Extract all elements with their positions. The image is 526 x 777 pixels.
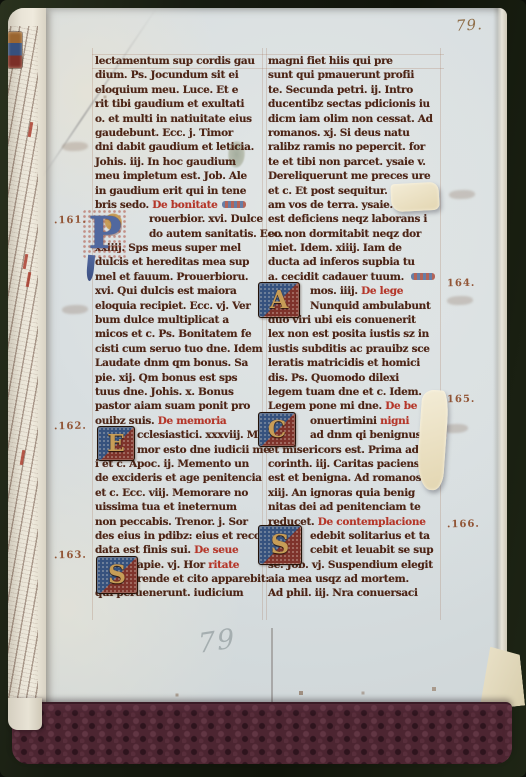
body-text: cclesiastici. xxxviij. Me bbox=[137, 429, 264, 441]
body-text: data est finis sui. bbox=[95, 544, 194, 556]
text-line: micos et c. Ps. Bonitatem fe bbox=[95, 327, 267, 341]
body-text: aia mea usqz ad mortem. bbox=[268, 573, 409, 585]
facing-page-edge bbox=[8, 8, 46, 714]
text-line: est deficiens neqz laborans i bbox=[268, 212, 440, 226]
illuminated-initial-s: S bbox=[258, 525, 302, 565]
show-through-mark bbox=[449, 190, 475, 200]
body-text: pastor aiam suam ponit pro bbox=[95, 400, 250, 412]
text-line: eloquia recipiet. Ecc. vj. Ver bbox=[95, 299, 267, 313]
show-through-mark bbox=[62, 305, 88, 315]
body-text: meu impletum est. Job. Ale bbox=[95, 170, 247, 182]
margin-mark: .162. bbox=[54, 421, 87, 433]
text-line: leratis matricidis et homici bbox=[268, 356, 440, 370]
body-text: ouibz suis. bbox=[95, 415, 158, 427]
text-line: sunt qui pmauerunt profii bbox=[268, 68, 440, 82]
body-text: dis. Ps. Quomodo dilexi bbox=[268, 372, 399, 384]
body-text: pie. xij. Qm bonus est sps bbox=[95, 372, 237, 384]
body-text: gaudebunt. Ecc. j. Timor bbox=[95, 127, 233, 139]
illuminated-initial-a: A bbox=[258, 282, 300, 318]
body-text: dium. Ps. Jocundum sit ei bbox=[95, 69, 238, 81]
body-text: do autem sanitatis. Ecc. bbox=[149, 228, 283, 240]
body-text: corinth. iij. Caritas paciens bbox=[268, 458, 419, 470]
text-line: bum dulce multiplicat a bbox=[95, 313, 267, 327]
text-line: ducentibz sectas pdicionis iu bbox=[268, 97, 440, 111]
text-line: meu impletum est. Job. Ale bbox=[95, 169, 267, 183]
body-text: sunt qui pmauerunt profii bbox=[268, 69, 414, 81]
manuscript-page: 79. lectamentum sup cordis gaudium. Ps. … bbox=[8, 8, 507, 714]
illuminated-initial-s: S bbox=[96, 556, 138, 594]
text-line: Johis. iij. In hoc gaudium bbox=[95, 155, 267, 169]
body-text: iustis subditis ac prauibz sce bbox=[268, 343, 430, 355]
text-line: te. Secunda petri. ij. Intro bbox=[268, 83, 440, 97]
illuminated-initial-e: E bbox=[97, 426, 135, 461]
red-text-fragment bbox=[26, 272, 32, 287]
folio-number-ink: 79. bbox=[455, 15, 483, 35]
facing-page-tail bbox=[8, 698, 42, 730]
body-text: est deficiens neqz laborans i bbox=[268, 213, 427, 225]
text-line: lectamentum sup cordis gau bbox=[95, 54, 267, 68]
body-text: mos. iiij. bbox=[310, 285, 361, 297]
margin-mark: .161. bbox=[54, 215, 87, 227]
text-column-left: lectamentum sup cordis gaudium. Ps. Jocu… bbox=[95, 54, 267, 601]
body-text: am vos de terra. ysaie. bbox=[268, 199, 393, 211]
text-line: ralibz ramis no pepercit. for bbox=[268, 140, 440, 154]
text-line: romanos. xj. Si deus natu bbox=[268, 126, 440, 140]
text-line: de excideris et age penitencia bbox=[95, 471, 267, 485]
text-line: lex non est posita iustis sz in bbox=[268, 327, 440, 341]
text-line: magni fiet hiis qui pre bbox=[268, 54, 440, 68]
body-text: te et tibi non parcet. ysaie v. bbox=[268, 156, 426, 168]
text-line: eloquium meu. Luce. Et e bbox=[95, 83, 267, 97]
repair-tape bbox=[416, 389, 450, 491]
facing-page-initial bbox=[8, 32, 22, 68]
text-line: Ad phil. iij. Nra conuersaci bbox=[268, 586, 440, 600]
margin-mark: 165. bbox=[447, 394, 476, 405]
text-line: Laudate dnm qm bonus. Sa bbox=[95, 356, 267, 370]
body-text: apie. vj. Hor bbox=[137, 559, 208, 571]
rubric-text: De seue bbox=[194, 544, 238, 556]
body-text: nitas dei ad penitenciam te bbox=[268, 501, 421, 513]
text-line: mel et fauum. Prouerbioru. bbox=[95, 270, 267, 284]
text-line: uissima tua et ineternum bbox=[95, 500, 267, 514]
text-line: eo non dormitabit neqz dor bbox=[268, 227, 440, 241]
body-text: ralibz ramis no pepercit. for bbox=[268, 141, 425, 153]
rubric-text: De bonitate bbox=[152, 199, 217, 211]
body-text: leratis matricidis et homici bbox=[268, 357, 420, 369]
repair-tape bbox=[390, 182, 439, 212]
body-text: Dereliquerunt me preces ure bbox=[268, 170, 430, 182]
body-text: non peccabis. Trenor. j. Sor bbox=[95, 516, 248, 528]
folio-number-pencil: 79 bbox=[197, 623, 237, 660]
ruling-line bbox=[92, 48, 93, 620]
text-line: xiij. An ignoras quia benig bbox=[268, 486, 440, 500]
ruling-line bbox=[440, 48, 441, 620]
body-text: eloquium meu. Luce. Et e bbox=[95, 84, 238, 96]
text-line: in gaudium erit qui in tene bbox=[95, 184, 267, 198]
body-text: legem tuam dne et c. Idem. bbox=[268, 386, 422, 398]
body-text: uissima tua et ineternum bbox=[95, 501, 237, 513]
body-text: eloquia recipiet. Ecc. vj. Ver bbox=[95, 300, 251, 312]
body-text: o. et multi in natiuitate eius bbox=[95, 113, 252, 125]
text-line: non peccabis. Trenor. j. Sor bbox=[95, 515, 267, 529]
red-text-fragment bbox=[28, 122, 34, 137]
text-line: dis. Ps. Quomodo dilexi bbox=[268, 371, 440, 385]
body-text: in gaudium erit qui in tene bbox=[95, 185, 246, 197]
text-line: pastor aiam suam ponit pro bbox=[95, 399, 267, 413]
text-line: te et tibi non parcet. ysaie v. bbox=[268, 155, 440, 169]
margin-mark: 164. bbox=[447, 278, 476, 289]
body-text: mor esto dne iudicii me bbox=[137, 444, 270, 456]
text-line: des eius in pdibz: eius et recor bbox=[95, 529, 267, 543]
body-text: tuus dne. Johis. x. Bonus bbox=[95, 386, 234, 398]
body-text: ad dnm qi benignus bbox=[310, 429, 425, 441]
text-line: nitas dei ad penitenciam te bbox=[268, 500, 440, 514]
body-text: te. Secunda petri. ij. Intro bbox=[268, 84, 413, 96]
text-line: iustis subditis ac prauibz sce bbox=[268, 342, 440, 356]
body-text: de excideris et age penitencia bbox=[95, 472, 262, 484]
illuminated-initial-c: C bbox=[258, 412, 296, 447]
body-text: rit tibi gaudium et exultati bbox=[95, 98, 244, 110]
show-through-mark bbox=[447, 296, 473, 306]
text-line: et c. Ecc. viij. Memorare no bbox=[95, 486, 267, 500]
text-line: Dereliquerunt me preces ure bbox=[268, 169, 440, 183]
body-text: ducentibz sectas pdicionis iu bbox=[268, 98, 430, 110]
body-text: des eius in pdibz: eius et recor bbox=[95, 530, 266, 542]
rubric-text: De memoria bbox=[158, 415, 227, 427]
body-text: Johis. iij. In hoc gaudium bbox=[95, 156, 236, 168]
body-text: est et benigna. Ad romanos. bbox=[268, 472, 425, 484]
text-line: aia mea usqz ad mortem. bbox=[268, 572, 440, 586]
body-text: lectamentum sup cordis gau bbox=[95, 55, 255, 67]
body-text: onuertimini bbox=[310, 415, 380, 427]
body-text: cebit et leuabit se sup bbox=[310, 544, 433, 556]
body-text: rende et cito apparebit: bbox=[137, 573, 269, 585]
text-line: xvi. Qui dulcis est maiora bbox=[95, 284, 267, 298]
body-text: magni fiet hiis qui pre bbox=[268, 55, 393, 67]
red-text-fragment bbox=[23, 254, 29, 269]
illuminated-initial-p: P bbox=[82, 209, 128, 259]
text-line: dni dabit gaudium et leticia. bbox=[95, 140, 267, 154]
red-text-fragment bbox=[20, 450, 26, 465]
text-line: o. et multi in natiuitate eius bbox=[95, 112, 267, 126]
body-text: Nunquid ambulabunt bbox=[310, 300, 431, 312]
rubric-text: De contemplacione bbox=[318, 516, 426, 528]
text-line: est et benigna. Ad romanos. bbox=[268, 471, 440, 485]
body-text: Ad phil. iij. Nra conuersaci bbox=[268, 587, 418, 599]
body-text: romanos. xj. Si deus natu bbox=[268, 127, 410, 139]
binding-leather bbox=[12, 702, 512, 764]
body-text: Laudate dnm qm bonus. Sa bbox=[95, 357, 248, 369]
text-column-right: magni fiet hiis qui presunt qui pmauerun… bbox=[268, 54, 440, 601]
text-line: ducta ad inferos supbia tu bbox=[268, 255, 440, 269]
text-line: corinth. iij. Caritas paciens bbox=[268, 457, 440, 471]
line-filler-ornament bbox=[411, 273, 435, 280]
text-line: tuus dne. Johis. x. Bonus bbox=[95, 385, 267, 399]
body-text: lex non est posita iustis sz in bbox=[268, 328, 429, 340]
body-text: edebit solitarius et ta bbox=[310, 530, 430, 542]
text-line: dium. Ps. Jocundum sit ei bbox=[95, 68, 267, 82]
body-text: bum dulce multiplicat a bbox=[95, 314, 229, 326]
body-text: mel et fauum. Prouerbioru. bbox=[95, 271, 248, 283]
body-text: cisti cum seruo tuo dne. Idem bbox=[95, 343, 262, 355]
body-text: dni dabit gaudium et leticia. bbox=[95, 141, 254, 153]
rubric-text: ritate bbox=[208, 559, 239, 571]
body-text: ducta ad inferos supbia tu bbox=[268, 256, 415, 268]
margin-mark: .163. bbox=[54, 550, 87, 562]
body-text: et c. Ecc. viij. Memorare no bbox=[95, 487, 248, 499]
text-line: pie. xij. Qm bonus est sps bbox=[95, 371, 267, 385]
body-text: et c. Et post sequitur. Le bbox=[268, 185, 404, 197]
text-line: cisti cum seruo tuo dne. Idem bbox=[95, 342, 267, 356]
body-text: xvi. Qui dulcis est maiora bbox=[95, 285, 237, 297]
photo-backdrop: 79. lectamentum sup cordis gaudium. Ps. … bbox=[0, 0, 526, 777]
text-line: gaudebunt. Ecc. j. Timor bbox=[95, 126, 267, 140]
body-text: dicm iam olim non cessat. Ad bbox=[268, 113, 433, 125]
text-line: rit tibi gaudium et exultati bbox=[95, 97, 267, 111]
text-line: legem tuam dne et c. Idem. bbox=[268, 385, 440, 399]
margin-mark: .166. bbox=[447, 519, 480, 531]
line-filler-ornament bbox=[222, 201, 246, 208]
rubric-text: De lege bbox=[361, 285, 403, 297]
body-text: xiij. An ignoras quia benig bbox=[268, 487, 415, 499]
rubric-text: nigni bbox=[380, 415, 409, 427]
text-line: miet. Idem. xiiij. Iam de bbox=[268, 241, 440, 255]
body-text: miet. Idem. xiiij. Iam de bbox=[268, 242, 402, 254]
text-line: dicm iam olim non cessat. Ad bbox=[268, 112, 440, 126]
rubric-text: De be bbox=[385, 400, 417, 412]
show-through-mark bbox=[62, 142, 88, 152]
stain-specks bbox=[8, 8, 10, 10]
body-text: eo non dormitabit neqz dor bbox=[268, 228, 421, 240]
body-text: rouerbior. xvi. Dulce bbox=[149, 213, 263, 225]
body-text: micos et c. Ps. Bonitatem fe bbox=[95, 328, 251, 340]
body-text: Legem pone mi dne. bbox=[268, 400, 385, 412]
